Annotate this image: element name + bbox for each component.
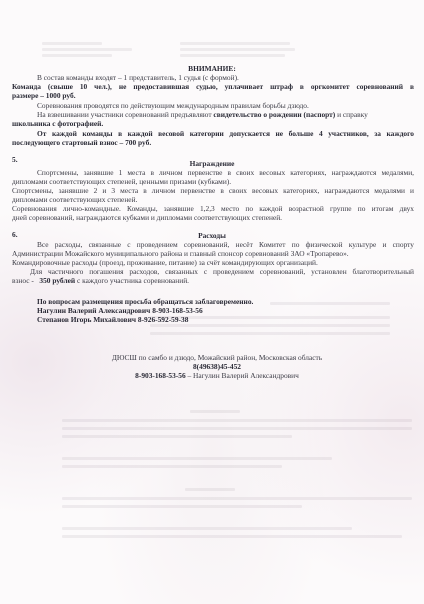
section-5-para1-cont: дипломами соответствующих степеней, ценн…: [12, 177, 231, 186]
section-6-para2: Для частичного погашения расходов, связа…: [30, 267, 414, 276]
section-5-para1: Спортсмены, занявшие 1 места в личном пе…: [37, 168, 414, 177]
contact-person-2: Степанов Игорь Михайлович 8-926-592-59-3…: [37, 315, 188, 324]
attention-fine-amount: размере – 1000 руб.: [12, 91, 76, 100]
footer-organization: ДЮСШ по самбо и дзюдо, Можайский район, …: [0, 353, 424, 362]
section-5-title: Награждение: [0, 159, 424, 168]
attention-limit: От каждой команды в каждой весовой катег…: [37, 129, 414, 138]
contact-person-1: Нагулин Валерий Александрович 8-903-168-…: [37, 306, 203, 315]
attention-fine-text: Команда (свыше 10 чел.), не предоставивш…: [12, 82, 414, 91]
section-5-para2: Спортсмены, занявшие 2 и 3 места в лично…: [12, 186, 414, 195]
footer-phone: 8(49638)45-452: [0, 362, 424, 371]
attention-limit-fee: последующего стартовый взнос – 700 руб.: [12, 138, 151, 147]
attention-documents-cont: школьника с фотографией.: [12, 119, 103, 128]
section-6-para1-cont: Администрации Можайского муниципального …: [12, 249, 349, 258]
attention-rules: Соревнования проводятся по действующим м…: [37, 101, 309, 110]
section-6-para1: Все расходы, связанные с проведением сор…: [37, 240, 414, 249]
contacts-note: По вопросам размещения просьба обращатьс…: [37, 297, 253, 306]
attention-documents: На взвешивании участники соревнований пр…: [37, 110, 414, 119]
section-5-para3-cont: дней соревнований, награждаются кубками …: [12, 213, 282, 222]
attention-line: В состав команды входят – 1 представител…: [37, 73, 239, 82]
section-6-para2-cont: взнос - 350 рублей с каждого участника с…: [12, 276, 189, 285]
section-5-para2-cont: дипломами соответствующих степеней.: [12, 195, 137, 204]
attention-heading: ВНИМАНИЕ:: [0, 64, 424, 73]
section-5-para3: Соревнования лично-командные. Команды, з…: [12, 204, 414, 213]
footer-contact: 8-903-168-53-56 – Нагулин Валерий Алекса…: [0, 371, 424, 380]
section-6-title: Расходы: [0, 231, 424, 240]
section-6-para1-cont2: Командировочные расходы (проезд, прожива…: [12, 258, 318, 267]
document-page: ВНИМАНИЕ: В состав команды входят – 1 пр…: [0, 0, 424, 604]
